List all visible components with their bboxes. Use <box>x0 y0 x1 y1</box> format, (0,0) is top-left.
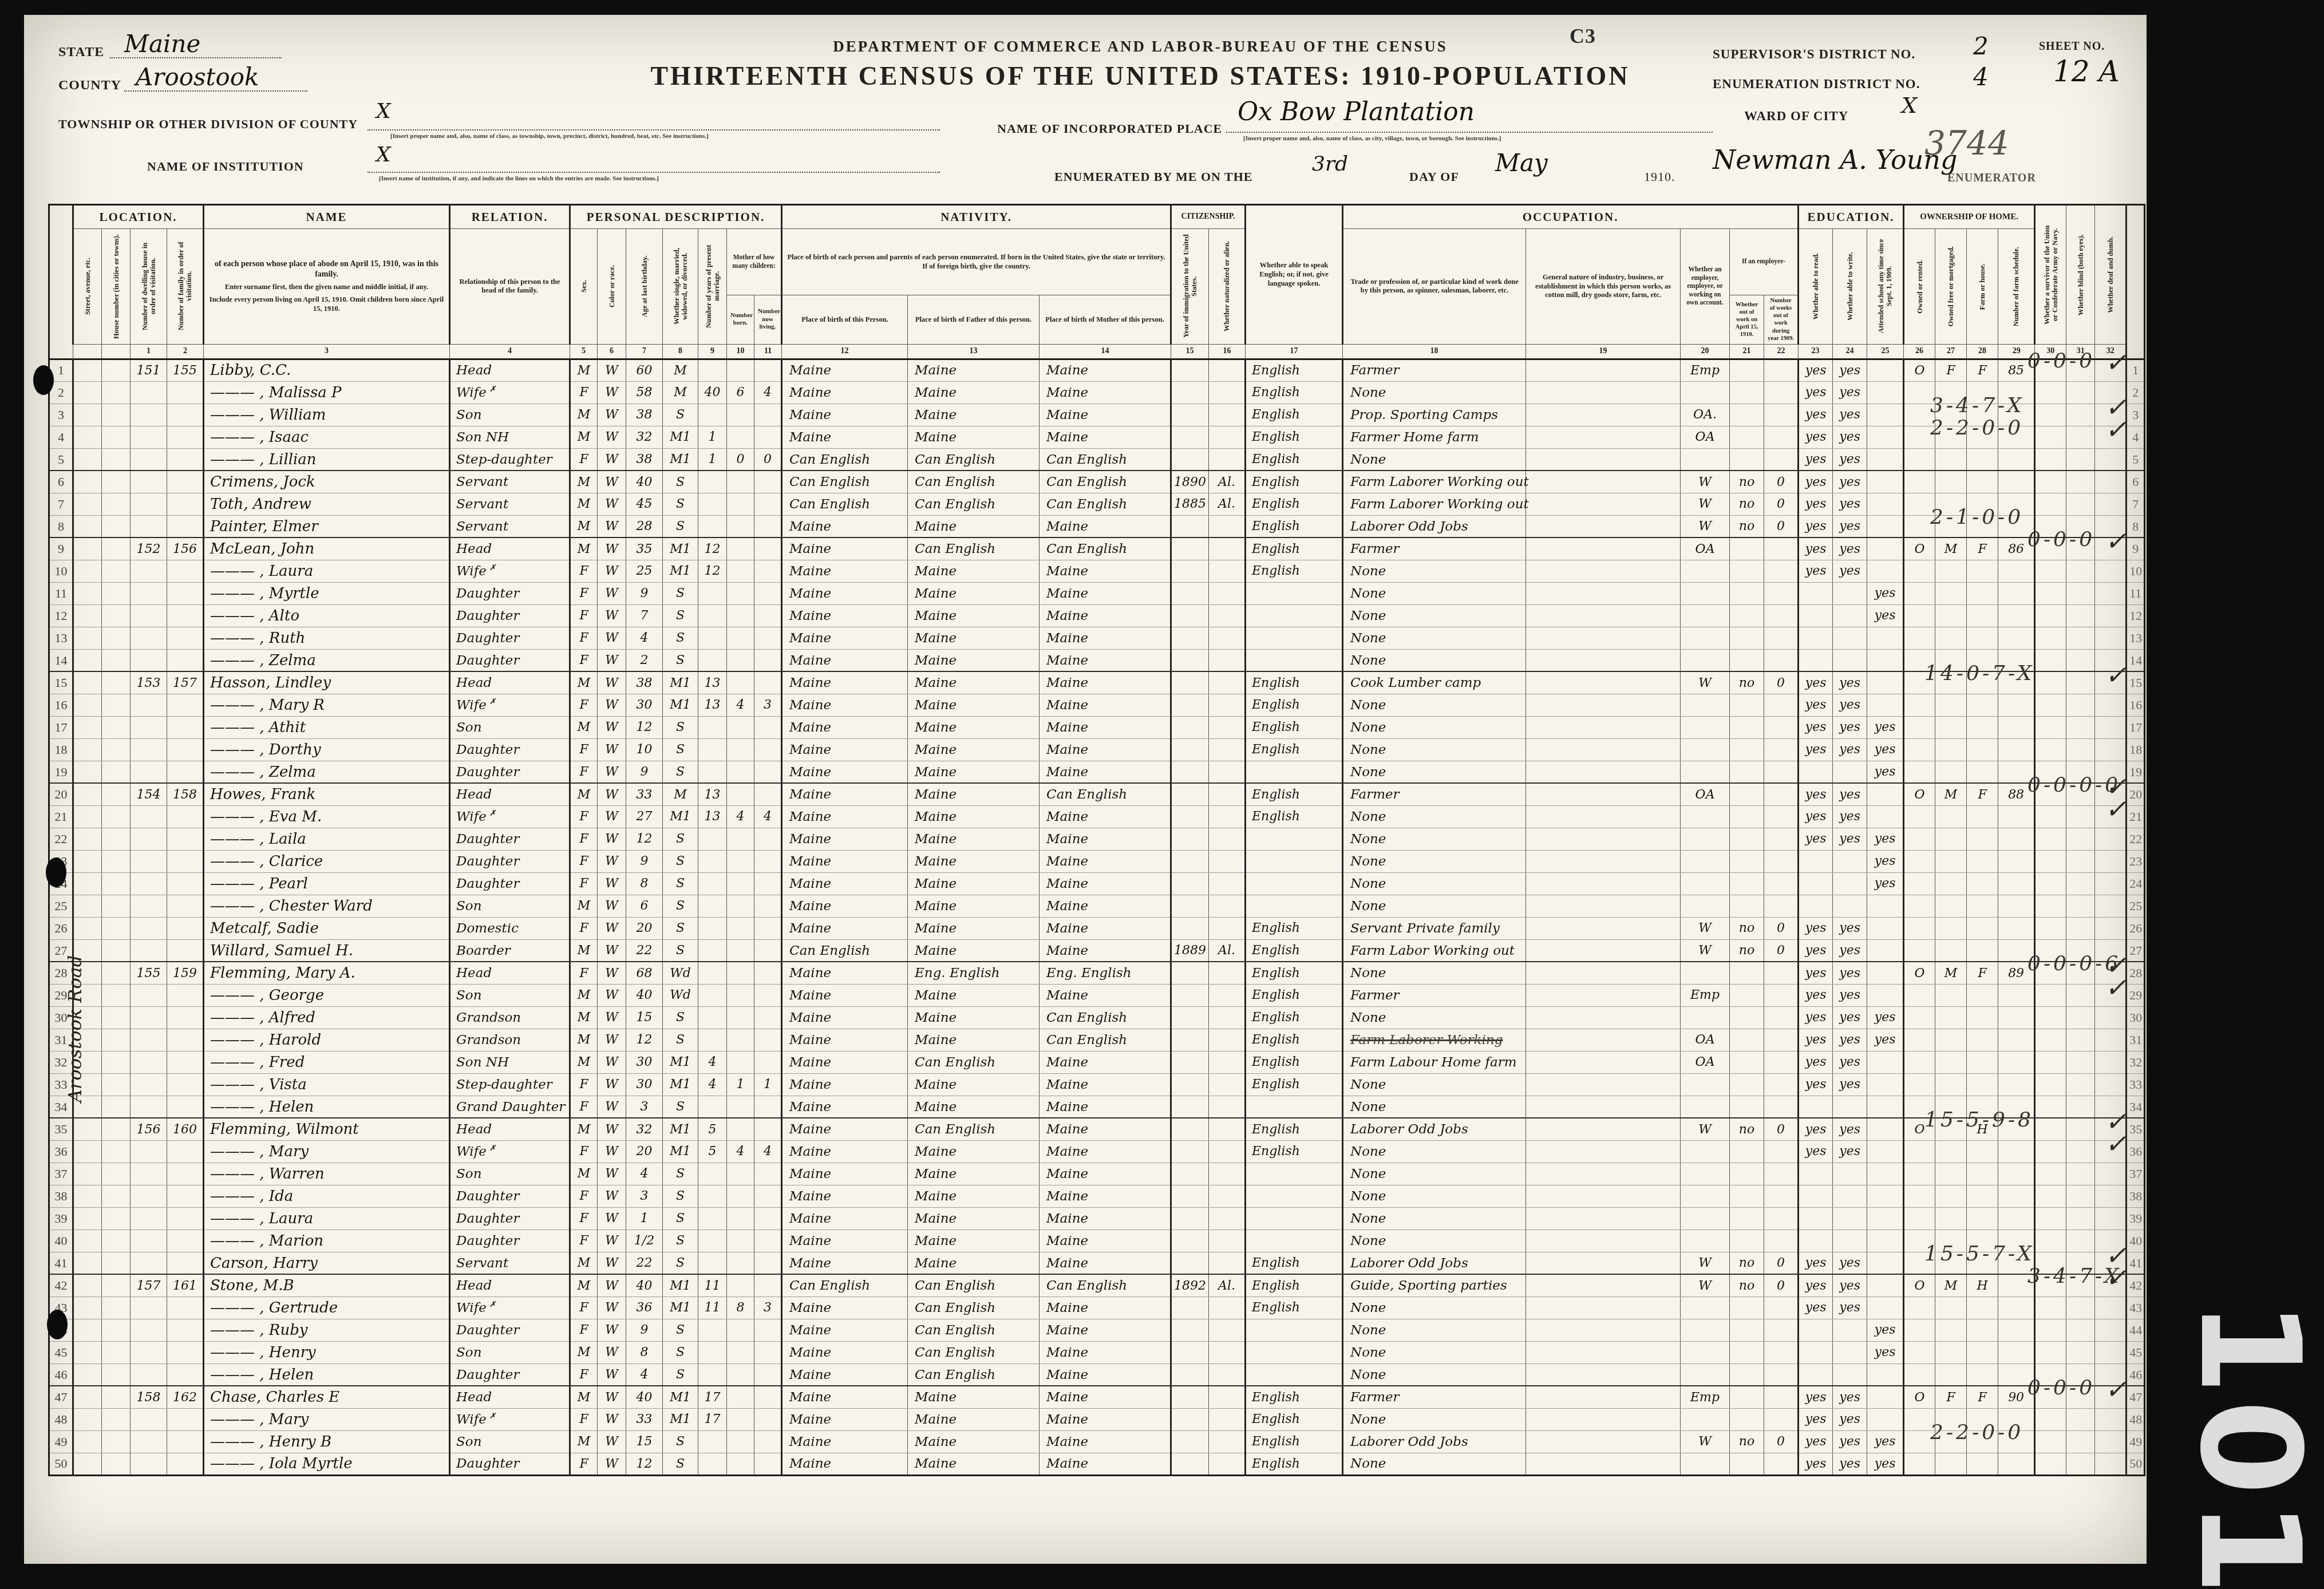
immigration-year <box>1171 1185 1209 1207</box>
relation-text: Daughter <box>456 854 519 869</box>
table-row: 27Willard, Samuel H.BoarderMW22SCan Engl… <box>49 939 2145 962</box>
row-number-right: 26 <box>2127 917 2145 939</box>
column-number: 27 <box>1935 344 1967 359</box>
out-of-work <box>1730 1029 1764 1051</box>
able-to-read: yes <box>1799 783 1833 805</box>
house-number-cell <box>102 984 131 1006</box>
out-of-work <box>1730 984 1764 1006</box>
row-number-right: 19 <box>2127 761 2145 783</box>
weeks-out <box>1764 404 1799 426</box>
weeks-out <box>1764 1319 1799 1341</box>
birthplace-mother: Maine <box>1040 381 1171 404</box>
relation-text: Daughter <box>456 742 519 757</box>
children-born <box>727 1163 754 1185</box>
children-living: 0 <box>754 448 782 471</box>
farm-schedule-number <box>1998 828 2035 850</box>
birthplace-father: Maine <box>908 560 1040 582</box>
dwelling-number <box>131 1207 167 1230</box>
years-married <box>698 404 727 426</box>
able-to-write: yes <box>1833 1073 1867 1096</box>
years-married <box>698 984 727 1006</box>
row-number-left: 5 <box>49 448 73 471</box>
row-number-right: 11 <box>2127 582 2145 604</box>
column-number: 14 <box>1040 344 1171 359</box>
marital-status: S <box>663 1341 698 1363</box>
sex: F <box>570 805 598 828</box>
industry-cell <box>1526 1341 1681 1363</box>
birthplace-person: Maine <box>782 895 908 917</box>
family-number <box>167 872 204 895</box>
occupation: Farm Laborer Working out <box>1343 493 1526 515</box>
industry-cell <box>1526 404 1681 426</box>
relation: Daughter <box>450 604 570 627</box>
home-free-mortgaged <box>1935 627 1967 649</box>
sex: M <box>570 404 598 426</box>
relation: Head <box>450 962 570 984</box>
weeks-out <box>1764 1207 1799 1230</box>
birthplace-father: Maine <box>908 984 1040 1006</box>
attended-school <box>1867 381 1904 404</box>
employer-status: W <box>1681 515 1730 537</box>
birthplace-mother: Maine <box>1040 1386 1171 1408</box>
industry-cell <box>1526 649 1681 671</box>
education-group: EDUCATION. <box>1799 205 1904 229</box>
industry-cell <box>1526 1297 1681 1319</box>
attended-school <box>1867 1051 1904 1073</box>
marital-status: S <box>663 1230 698 1252</box>
farm-schedule-number <box>1998 1185 2035 1207</box>
naturalization <box>1209 1386 1246 1408</box>
farm-schedule-number <box>1998 471 2035 493</box>
naturalization <box>1209 1073 1246 1096</box>
able-to-write <box>1833 850 1867 872</box>
employer-status <box>1681 1341 1730 1363</box>
sex: M <box>570 359 598 381</box>
veteran-header: Whether a survivor of the Union or Confe… <box>2035 205 2066 345</box>
family-number <box>167 649 204 671</box>
pencil-annotation: 0-0-0 <box>2027 1376 2095 1400</box>
marital-status: M1 <box>663 1118 698 1140</box>
years-married <box>698 738 727 761</box>
table-row: 17——— , AthitSonMW12SMaineMaineMaineEngl… <box>49 716 2145 738</box>
veteran-cell <box>2035 895 2066 917</box>
table-row: 10——— , LauraWife✗FW25M112MaineMaineMain… <box>49 560 2145 582</box>
blind-cell <box>2066 1140 2095 1163</box>
relation: Wife✗ <box>450 694 570 716</box>
relation-text: Wife <box>456 809 487 824</box>
relation-text: Grandson <box>456 1010 521 1025</box>
column-number: 8 <box>663 344 698 359</box>
dwelling-number <box>131 1185 167 1207</box>
weeks-out: 0 <box>1764 471 1799 493</box>
immigration-year <box>1171 1363 1209 1386</box>
table-row: 50——— , Iola MyrtleDaughterFW12SMaineMai… <box>49 1453 2145 1475</box>
mother-children-header: Mother of how many children: <box>727 229 782 295</box>
birthplace-father: Maine <box>908 1073 1040 1096</box>
weeks-out <box>1764 537 1799 560</box>
age: 12 <box>626 716 663 738</box>
children-living: 4 <box>754 1140 782 1163</box>
person-name: ——— , Alfred <box>204 1006 450 1029</box>
color-race: W <box>598 850 626 872</box>
children-born <box>727 560 754 582</box>
age: 12 <box>626 828 663 850</box>
person-name: ——— , Ruth <box>204 627 450 649</box>
farm-or-house: F <box>1967 537 1998 560</box>
weeks-out <box>1764 850 1799 872</box>
row-number-right: 37 <box>2127 1163 2145 1185</box>
attended-school: yes <box>1867 1341 1904 1363</box>
birthplace-mother: Maine <box>1040 1118 1171 1140</box>
children-born <box>727 493 754 515</box>
able-to-write: yes <box>1833 783 1867 805</box>
personal-description-group: PERSONAL DESCRIPTION. <box>570 205 782 229</box>
column-number: 23 <box>1799 344 1833 359</box>
weeks-out <box>1764 1408 1799 1430</box>
occupation: None <box>1343 604 1526 627</box>
sex: M <box>570 537 598 560</box>
sex: M <box>570 1252 598 1274</box>
blind-cell <box>2066 649 2095 671</box>
able-to-read <box>1799 1207 1833 1230</box>
years-married <box>698 850 727 872</box>
person-name: ——— , Ida <box>204 1185 450 1207</box>
pencil-annotation: 15-5-7-X <box>1924 1242 2034 1266</box>
age: 4 <box>626 627 663 649</box>
industry-cell <box>1526 1207 1681 1230</box>
children-born: 6 <box>727 381 754 404</box>
sex: F <box>570 381 598 404</box>
weeks-out <box>1764 872 1799 895</box>
attended-school <box>1867 1118 1904 1140</box>
relation-text: Son <box>456 408 481 422</box>
relation-text: Head <box>456 966 492 981</box>
speaks-english <box>1246 1207 1343 1230</box>
farm-or-house <box>1967 1341 1998 1363</box>
marital-status: S <box>663 1319 698 1341</box>
color-race: W <box>598 582 626 604</box>
sex: M <box>570 1341 598 1363</box>
speaks-english <box>1246 1096 1343 1118</box>
speaks-english: English <box>1246 1140 1343 1163</box>
birthplace-person: Maine <box>782 1363 908 1386</box>
dwelling-number <box>131 381 167 404</box>
color-race: W <box>598 359 626 381</box>
able-to-write <box>1833 1207 1867 1230</box>
marital-status: S <box>663 895 698 917</box>
able-to-read: yes <box>1799 426 1833 448</box>
industry-cell <box>1526 1274 1681 1297</box>
birthplace-person: Maine <box>782 917 908 939</box>
speaks-english <box>1246 1363 1343 1386</box>
township-value: X <box>376 100 391 123</box>
column-number: 24 <box>1833 344 1867 359</box>
children-living <box>754 1207 782 1230</box>
immigration-year <box>1171 1230 1209 1252</box>
occupation: None <box>1343 627 1526 649</box>
children-born <box>727 1096 754 1118</box>
street-cell <box>73 493 102 515</box>
veteran-cell <box>2035 1118 2066 1140</box>
table-row: 25——— , Chester WardSonMW6SMaineMaineMai… <box>49 895 2145 917</box>
age: 12 <box>626 1453 663 1475</box>
marital-status: S <box>663 917 698 939</box>
tabulation-mark: ✗ <box>489 1412 496 1421</box>
immigration-year <box>1171 627 1209 649</box>
row-number-right: 5 <box>2127 448 2145 471</box>
tabulation-mark: ✗ <box>489 1300 496 1309</box>
table-row: 33——— , VistaStep-daughterFW30M1411Maine… <box>49 1073 2145 1096</box>
speaks-english <box>1246 850 1343 872</box>
street-cell <box>73 515 102 537</box>
home-free-mortgaged: F <box>1935 1386 1967 1408</box>
row-number-right: 23 <box>2127 850 2145 872</box>
table-row: 2——— , Malissa PWife✗FW58M4064MaineMaine… <box>49 381 2145 404</box>
home-owned-rented: O <box>1904 1386 1935 1408</box>
children-born <box>727 850 754 872</box>
house-number-cell <box>102 716 131 738</box>
able-to-read: yes <box>1799 939 1833 962</box>
row-number-right: 7 <box>2127 493 2145 515</box>
county-value: Aroostook <box>136 63 259 91</box>
sex: F <box>570 1297 598 1319</box>
birthplace-father: Maine <box>908 1386 1040 1408</box>
speaks-english: English <box>1246 1118 1343 1140</box>
house-number-cell <box>102 1163 131 1185</box>
home-free-mortgaged <box>1935 1163 1967 1185</box>
age: 45 <box>626 493 663 515</box>
deaf-cell <box>2095 471 2127 493</box>
able-to-read: yes <box>1799 738 1833 761</box>
blind-cell <box>2066 1029 2095 1051</box>
home-owned-rented <box>1904 939 1935 962</box>
relation-text: Daughter <box>456 765 519 780</box>
out-of-work: no <box>1730 493 1764 515</box>
occupation: Farm Labor Working out <box>1343 939 1526 962</box>
birthplace-mother: Maine <box>1040 649 1171 671</box>
person-name: ——— , Pearl <box>204 872 450 895</box>
person-name: McLean, John <box>204 537 450 560</box>
color-race: W <box>598 426 626 448</box>
weeks-out <box>1764 1363 1799 1386</box>
street-cell <box>73 738 102 761</box>
age: 22 <box>626 1252 663 1274</box>
table-row: 16——— , Mary RWife✗FW30M11343MaineMaineM… <box>49 694 2145 716</box>
occupation: Farm Laborer Working <box>1343 1029 1526 1051</box>
family-number: 155 <box>167 359 204 381</box>
industry-cell <box>1526 738 1681 761</box>
family-number <box>167 917 204 939</box>
birthplace-person: Maine <box>782 515 908 537</box>
children-living <box>754 1230 782 1252</box>
enumerator-signature: Newman A. Young <box>1713 144 1957 175</box>
children-living <box>754 1274 782 1297</box>
birthplace-person: Can English <box>782 493 908 515</box>
family-number <box>167 738 204 761</box>
nativity-description: Place of birth of each person and parent… <box>782 229 1171 295</box>
farm-schedule-number <box>1998 1073 2035 1096</box>
relation-text: Wife <box>456 1144 487 1159</box>
years-married: 4 <box>698 1051 727 1073</box>
children-born: 4 <box>727 694 754 716</box>
family-number <box>167 1230 204 1252</box>
attended-school: yes <box>1867 1006 1904 1029</box>
table-row: 30——— , AlfredGrandsonMW15SMaineMaineCan… <box>49 1006 2145 1029</box>
sex: M <box>570 1118 598 1140</box>
dwelling-number <box>131 604 167 627</box>
relation-text: Daughter <box>456 832 519 847</box>
home-owned-rented <box>1904 448 1935 471</box>
out-of-work <box>1730 604 1764 627</box>
table-row: 38——— , IdaDaughterFW3SMaineMaineMaineNo… <box>49 1185 2145 1207</box>
marital-status: M1 <box>663 1386 698 1408</box>
farm-or-house <box>1967 1207 1998 1230</box>
veteran-cell <box>2035 582 2066 604</box>
relation-text: Head <box>456 1122 492 1137</box>
marital-status: M1 <box>663 1408 698 1430</box>
row-number-right: 45 <box>2127 1341 2145 1363</box>
years-married <box>698 761 727 783</box>
attended-school <box>1867 404 1904 426</box>
enumeration-year: 1910. <box>1644 169 1675 184</box>
age: 30 <box>626 694 663 716</box>
children-living <box>754 1453 782 1475</box>
relation-text: Head <box>456 363 492 378</box>
immigration-year <box>1171 895 1209 917</box>
farm-or-house <box>1967 939 1998 962</box>
veteran-cell <box>2035 627 2066 649</box>
row-number-right: 46 <box>2127 1363 2145 1386</box>
occupation: None <box>1343 716 1526 738</box>
birthplace-mother: Maine <box>1040 582 1171 604</box>
relation-text: Servant <box>456 475 508 489</box>
speaks-english <box>1246 649 1343 671</box>
relation: Daughter <box>450 649 570 671</box>
immigration-year <box>1171 761 1209 783</box>
children-born <box>727 917 754 939</box>
veteran-cell <box>2035 1096 2066 1118</box>
table-row: 12——— , AltoDaughterFW7SMaineMaineMaineN… <box>49 604 2145 627</box>
birthplace-person: Maine <box>782 404 908 426</box>
naturalization <box>1209 604 1246 627</box>
industry-cell <box>1526 627 1681 649</box>
row-number-right: 27 <box>2127 939 2145 962</box>
person-name: Metcalf, Sadie <box>204 917 450 939</box>
years-married <box>698 1029 727 1051</box>
color-race: W <box>598 1319 626 1341</box>
speaks-english: English <box>1246 984 1343 1006</box>
blind-cell <box>2066 560 2095 582</box>
relation-text: Daughter <box>456 1367 519 1382</box>
person-name: ——— , Isaac <box>204 426 450 448</box>
relation-text: Wife <box>456 564 487 579</box>
column-number: 1 <box>131 344 167 359</box>
speaks-english: English <box>1246 1453 1343 1475</box>
attended-school: yes <box>1867 850 1904 872</box>
dwelling-number <box>131 1163 167 1185</box>
naturalization: Al. <box>1209 939 1246 962</box>
family-number <box>167 1363 204 1386</box>
able-to-write: yes <box>1833 962 1867 984</box>
children-born <box>727 404 754 426</box>
employer-status <box>1681 1006 1730 1029</box>
years-married <box>698 1252 727 1274</box>
occupation: Prop. Sporting Camps <box>1343 404 1526 426</box>
veteran-cell <box>2035 1163 2066 1185</box>
negative-stamp: C3 <box>1570 24 1596 48</box>
home-free-mortgaged <box>1935 1453 1967 1475</box>
farm-schedule-number <box>1998 1051 2035 1073</box>
speaks-english: English <box>1246 1252 1343 1274</box>
attended-school <box>1867 1163 1904 1185</box>
person-name: ——— , Henry B <box>204 1430 450 1453</box>
sex: F <box>570 1319 598 1341</box>
street-cell <box>73 381 102 404</box>
birthplace-mother: Maine <box>1040 850 1171 872</box>
attended-school: yes <box>1867 1430 1904 1453</box>
name-description: of each person whose place of abode on A… <box>204 229 450 345</box>
table-row: 21——— , Eva M.Wife✗FW27M11344MaineMaineM… <box>49 805 2145 828</box>
veteran-cell <box>2035 404 2066 426</box>
years-married <box>698 939 727 962</box>
relation-text: Son NH <box>456 430 509 445</box>
person-name: Flemming, Wilmont <box>204 1118 450 1140</box>
family-number: 161 <box>167 1274 204 1297</box>
table-row: 34——— , HelenGrand DaughterFW3SMaineMain… <box>49 1096 2145 1118</box>
years-married <box>698 359 727 381</box>
column-number: 5 <box>570 344 598 359</box>
children-living <box>754 828 782 850</box>
farm-or-house <box>1967 582 1998 604</box>
immigration-year <box>1171 1006 1209 1029</box>
row-number-right: 31 <box>2127 1029 2145 1051</box>
children-born <box>727 895 754 917</box>
able-to-write: yes <box>1833 1453 1867 1475</box>
attended-school: yes <box>1867 1453 1904 1475</box>
row-number-left: 13 <box>49 627 73 649</box>
table-row: 43——— , GertrudeWife✗FW36M11183MaineCan … <box>49 1297 2145 1319</box>
able-to-read <box>1799 850 1833 872</box>
farm-or-house <box>1967 917 1998 939</box>
location-group: LOCATION. <box>73 205 204 229</box>
relation-description: Relationship of this person to the head … <box>450 229 570 345</box>
blind-cell <box>2066 1185 2095 1207</box>
occupation: None <box>1343 1073 1526 1096</box>
birthplace-father: Can English <box>908 537 1040 560</box>
able-to-write <box>1833 1163 1867 1185</box>
able-to-read <box>1799 1163 1833 1185</box>
sex: F <box>570 1453 598 1475</box>
age: 30 <box>626 1051 663 1073</box>
age: 25 <box>626 560 663 582</box>
industry-cell <box>1526 783 1681 805</box>
industry-cell <box>1526 1363 1681 1386</box>
home-free-mortgaged <box>1935 917 1967 939</box>
able-to-read: yes <box>1799 1386 1833 1408</box>
color-race: W <box>598 1274 626 1297</box>
veteran-cell <box>2035 448 2066 471</box>
birthplace-person: Can English <box>782 939 908 962</box>
dwelling-number: 154 <box>131 783 167 805</box>
children-born <box>727 1453 754 1475</box>
family-number: 159 <box>167 962 204 984</box>
attended-school <box>1867 627 1904 649</box>
employer-status <box>1681 1297 1730 1319</box>
row-number-right: 10 <box>2127 560 2145 582</box>
marital-status: S <box>663 515 698 537</box>
years-married <box>698 627 727 649</box>
birthplace-father: Maine <box>908 716 1040 738</box>
